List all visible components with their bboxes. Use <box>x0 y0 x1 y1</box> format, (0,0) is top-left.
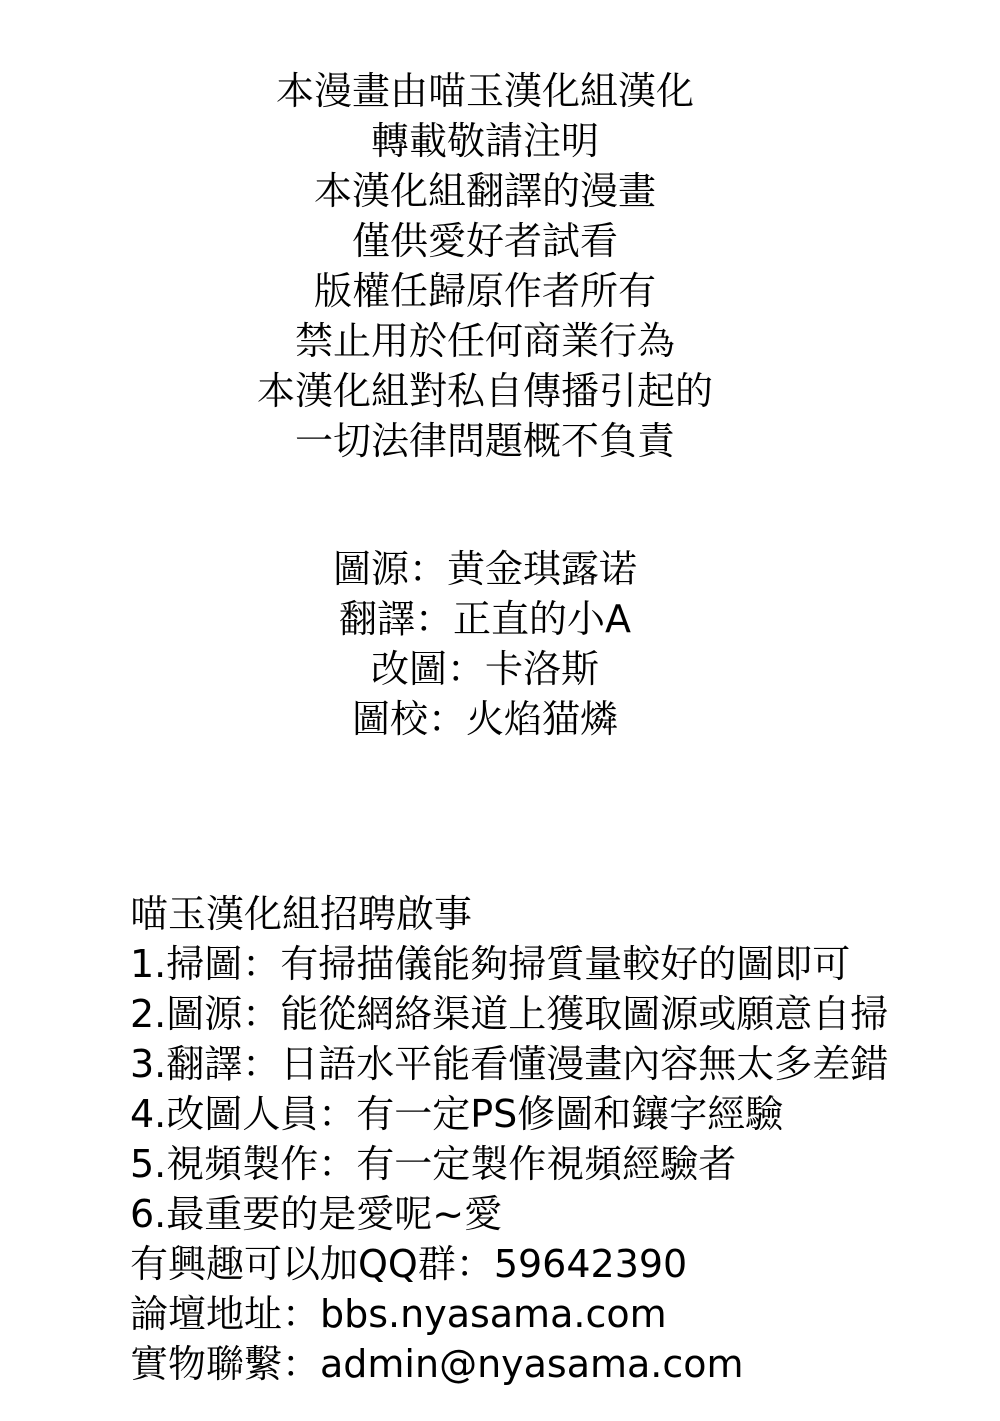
recruitment-item: 3.翻譯：日語水平能看懂漫畫內容無太多差錯 <box>130 1039 980 1089</box>
disclaimer-line: 版權任歸原作者所有 <box>0 266 970 316</box>
disclaimer-line: 禁止用於任何商業行為 <box>0 316 970 366</box>
staff-credits-block: 圖源：黄金琪露诺 翻譯：正直的小A 改圖：卡洛斯 圖校：火焰猫燐 <box>0 544 970 744</box>
disclaimer-line: 轉載敬請注明 <box>0 116 970 166</box>
scanlation-credits-page: 本漫畫由喵玉漢化組漢化 轉載敬請注明 本漢化組翻譯的漫畫 僅供愛好者試看 版權任… <box>0 0 1000 1421</box>
contact-line-qq-group: 有興趣可以加QQ群：59642390 <box>130 1239 980 1289</box>
recruitment-item: 6.最重要的是愛呢~愛 <box>130 1189 980 1239</box>
disclaimer-line: 本漢化組對私自傳播引起的 <box>0 366 970 416</box>
credit-line-proofreader: 圖校：火焰猫燐 <box>0 694 970 744</box>
contact-line-email: 實物聯繫：admin@nyasama.com <box>130 1339 980 1389</box>
disclaimer-line: 一切法律問題概不負責 <box>0 416 970 466</box>
recruitment-item: 5.視頻製作：有一定製作視頻經驗者 <box>130 1139 980 1189</box>
disclaimer-line: 本漢化組翻譯的漫畫 <box>0 166 970 216</box>
recruitment-title: 喵玉漢化組招聘啟事 <box>130 889 980 939</box>
recruitment-block: 喵玉漢化組招聘啟事 1.掃圖：有掃描儀能夠掃質量較好的圖即可 2.圖源：能從網絡… <box>130 889 980 1389</box>
credit-line-translator: 翻譯：正直的小A <box>0 594 970 644</box>
credit-line-editor: 改圖：卡洛斯 <box>0 644 970 694</box>
contact-line-forum-url: 論壇地址：bbs.nyasama.com <box>130 1289 980 1339</box>
recruitment-item: 2.圖源：能從網絡渠道上獲取圖源或願意自掃 <box>130 989 980 1039</box>
disclaimer-line: 本漫畫由喵玉漢化組漢化 <box>0 66 970 116</box>
disclaimer-line: 僅供愛好者試看 <box>0 216 970 266</box>
credit-line-source: 圖源：黄金琪露诺 <box>0 544 970 594</box>
recruitment-item: 1.掃圖：有掃描儀能夠掃質量較好的圖即可 <box>130 939 980 989</box>
recruitment-item: 4.改圖人員：有一定PS修圖和鑲字經驗 <box>130 1089 980 1139</box>
disclaimer-block: 本漫畫由喵玉漢化組漢化 轉載敬請注明 本漢化組翻譯的漫畫 僅供愛好者試看 版權任… <box>0 66 970 466</box>
